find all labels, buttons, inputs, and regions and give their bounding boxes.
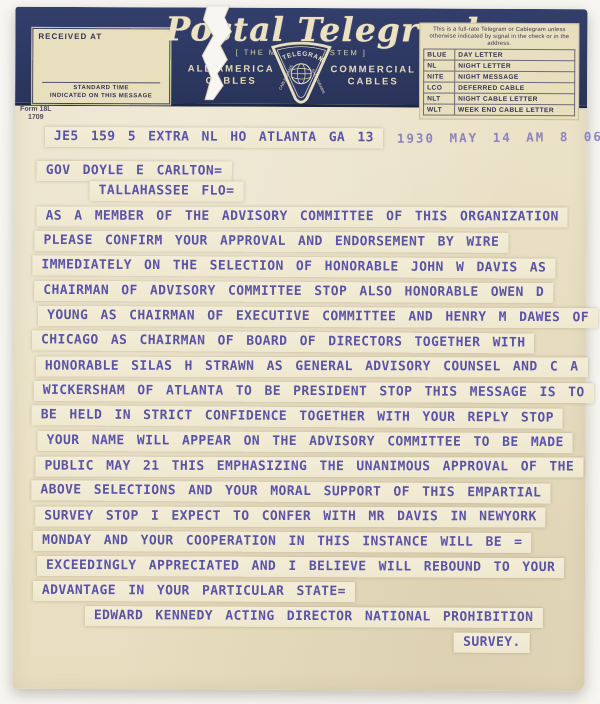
mackay-shield-emblem: TELEGRAMS CABLEGRAMS RADIOGRAMS bbox=[269, 38, 333, 108]
code-key: BLUE bbox=[424, 49, 455, 60]
telegram-text-strip: YOUNG AS CHAIRMAN OF EXECUTIVE COMMITTEE… bbox=[38, 306, 598, 328]
code-key: NLT bbox=[424, 93, 455, 104]
codes-note: This is a full-rate Telegram or Cablegra… bbox=[423, 26, 575, 50]
date-stamp: 1930 MAY 14 AM 8 06 bbox=[397, 129, 600, 146]
telegram-text-strip: PLEASE CONFIRM YOUR APPROVAL AND ENDORSE… bbox=[34, 231, 508, 253]
signature-row: EDWARD KENNEDY ACTING DIRECTOR NATIONAL … bbox=[85, 606, 585, 628]
signature-strip: EDWARD KENNEDY ACTING DIRECTOR NATIONAL … bbox=[85, 606, 543, 628]
telegram-text-strip: MONDAY AND YOUR COOPERATION IN THIS INST… bbox=[33, 531, 531, 553]
telegram-text-strip: YOUR NAME WILL APPEAR ON THE ADVISORY CO… bbox=[38, 431, 573, 453]
telegram-text-strip: CHAIRMAN OF ADVISORY COMMITTEE STOP ALSO… bbox=[34, 281, 553, 303]
telegram-text-strip: IMMEDIATELY ON THE SELECTION OF HONORABL… bbox=[32, 255, 555, 278]
standard-time-note: STANDARD TIME INDICATED ON THIS MESSAGE bbox=[32, 83, 170, 105]
code-row: WLTWEEK END CABLE LETTER bbox=[424, 104, 575, 116]
message-row: PUBLIC MAY 21 THIS EMPHASIZING THE UNANI… bbox=[33, 456, 585, 478]
code-description: NIGHT LETTER bbox=[455, 61, 575, 73]
code-row: NLTNIGHT CABLE LETTER bbox=[424, 93, 575, 105]
code-key: NITE bbox=[424, 71, 455, 82]
message-row: YOUR NAME WILL APPEAR ON THE ADVISORY CO… bbox=[34, 431, 586, 453]
code-description: WEEK END CABLE LETTER bbox=[455, 105, 575, 117]
routing-row: JE5 159 5 EXTRA NL HO ATLANTA GA 13 1930… bbox=[45, 127, 587, 149]
telegram-text-strip: ADVANTAGE IN YOUR PARTICULAR STATE= bbox=[33, 581, 355, 602]
addressee-row: GOV DOYLE E CARLTON= bbox=[37, 161, 587, 183]
telegram-text-strip: ABOVE SELECTIONS AND YOUR MORAL SUPPORT … bbox=[31, 480, 550, 503]
message-row: CHAIRMAN OF ADVISORY COMMITTEE STOP ALSO… bbox=[34, 281, 586, 303]
form-number-line1: Form 18L bbox=[20, 106, 52, 114]
telegram-text-strip: BE HELD IN STRICT CONFIDENCE TOGETHER WI… bbox=[32, 405, 563, 428]
form-number-line2: 1709 bbox=[20, 114, 52, 122]
signature-survey-strip: SURVEY. bbox=[454, 633, 530, 653]
received-at-box: RECEIVED AT STANDARD TIME INDICATED ON T… bbox=[31, 27, 171, 106]
telegram-text-strip: AS A MEMBER OF THE ADVISORY COMMITTEE OF… bbox=[37, 207, 568, 228]
message-row: ABOVE SELECTIONS AND YOUR MORAL SUPPORT … bbox=[33, 481, 585, 503]
addressee-city-strip: TALLAHASSEE FLO= bbox=[90, 181, 244, 202]
tagline-commercial-cables: COMMERCIAL CABLES bbox=[327, 64, 419, 88]
telegram-text-strip: PUBLIC MAY 21 THIS EMPHASIZING THE UNANI… bbox=[35, 457, 583, 478]
message-row: IMMEDIATELY ON THE SELECTION OF HONORABL… bbox=[34, 256, 586, 278]
message-row: YOUNG AS CHAIRMAN OF EXECUTIVE COMMITTEE… bbox=[34, 306, 586, 328]
message-row: PLEASE CONFIRM YOUR APPROVAL AND ENDORSE… bbox=[34, 231, 586, 253]
addressee-line-strip: GOV DOYLE E CARLTON= bbox=[37, 161, 232, 182]
message-row: WICKERSHAM OF ATLANTA TO BE PRESIDENT ST… bbox=[34, 381, 586, 403]
message-row: HONORABLE SILAS H STRAWN AS GENERAL ADVI… bbox=[34, 356, 586, 378]
code-row: BLUEDAY LETTER bbox=[424, 49, 575, 61]
code-key: NL bbox=[424, 60, 455, 71]
standard-time-line2: INDICATED ON THIS MESSAGE bbox=[34, 92, 168, 100]
codes-table: BLUEDAY LETTERNLNIGHT LETTERNITENIGHT ME… bbox=[423, 49, 575, 117]
code-row: NITENIGHT MESSAGE bbox=[424, 71, 575, 83]
received-at-label: RECEIVED AT bbox=[32, 28, 170, 42]
telegram-text-strip: WICKERSHAM OF ATLANTA TO BE PRESIDENT ST… bbox=[34, 381, 594, 403]
code-row: LCODEFERRED CABLE bbox=[424, 82, 575, 94]
message-body: AS A MEMBER OF THE ADVISORY COMMITTEE OF… bbox=[13, 206, 587, 603]
message-row: ADVANTAGE IN YOUR PARTICULAR STATE= bbox=[33, 581, 585, 603]
telegram-text-strip: EXCEEDINGLY APPRECIATED AND I BELIEVE WI… bbox=[37, 556, 564, 578]
message-row: MONDAY AND YOUR COOPERATION IN THIS INST… bbox=[33, 531, 585, 553]
telegram-text-strip: HONORABLE SILAS H STRAWN AS GENERAL ADVI… bbox=[36, 357, 588, 378]
received-at-blank bbox=[32, 41, 170, 83]
code-description: DEFERRED CABLE bbox=[455, 83, 575, 95]
telegram-text-strip: SURVEY STOP I EXPECT TO CONFER WITH MR D… bbox=[35, 507, 546, 528]
telegram-text-strip: CHICAGO AS CHAIRMAN OF BOARD OF DIRECTOR… bbox=[32, 330, 535, 353]
message-area: JE5 159 5 EXTRA NL HO ATLANTA GA 13 1930… bbox=[13, 127, 587, 658]
code-key: WLT bbox=[424, 104, 455, 115]
form-number: Form 18L 1709 bbox=[20, 106, 52, 122]
message-row: AS A MEMBER OF THE ADVISORY COMMITTEE OF… bbox=[35, 206, 587, 228]
message-row: EXCEEDINGLY APPRECIATED AND I BELIEVE WI… bbox=[33, 556, 585, 578]
addressee-city-row: TALLAHASSEE FLO= bbox=[90, 181, 587, 203]
message-row: BE HELD IN STRICT CONFIDENCE TOGETHER WI… bbox=[34, 406, 586, 428]
header-band: RECEIVED AT STANDARD TIME INDICATED ON T… bbox=[15, 7, 587, 108]
signature-survey-row: SURVEY. bbox=[33, 631, 530, 653]
telegram-paper: RECEIVED AT STANDARD TIME INDICATED ON T… bbox=[13, 7, 588, 691]
codes-box: This is a full-rate Telegram or Cablegra… bbox=[419, 23, 579, 121]
code-description: DAY LETTER bbox=[455, 50, 575, 62]
message-row: CHICAGO AS CHAIRMAN OF BOARD OF DIRECTOR… bbox=[34, 331, 586, 353]
message-row: SURVEY STOP I EXPECT TO CONFER WITH MR D… bbox=[33, 506, 585, 528]
code-description: NIGHT CABLE LETTER bbox=[455, 94, 575, 106]
code-row: NLNIGHT LETTER bbox=[424, 60, 575, 72]
paper-tear bbox=[193, 6, 241, 106]
code-description: NIGHT MESSAGE bbox=[455, 72, 575, 84]
routing-line-strip: JE5 159 5 EXTRA NL HO ATLANTA GA 13 bbox=[45, 127, 383, 148]
code-key: LCO bbox=[424, 82, 455, 93]
